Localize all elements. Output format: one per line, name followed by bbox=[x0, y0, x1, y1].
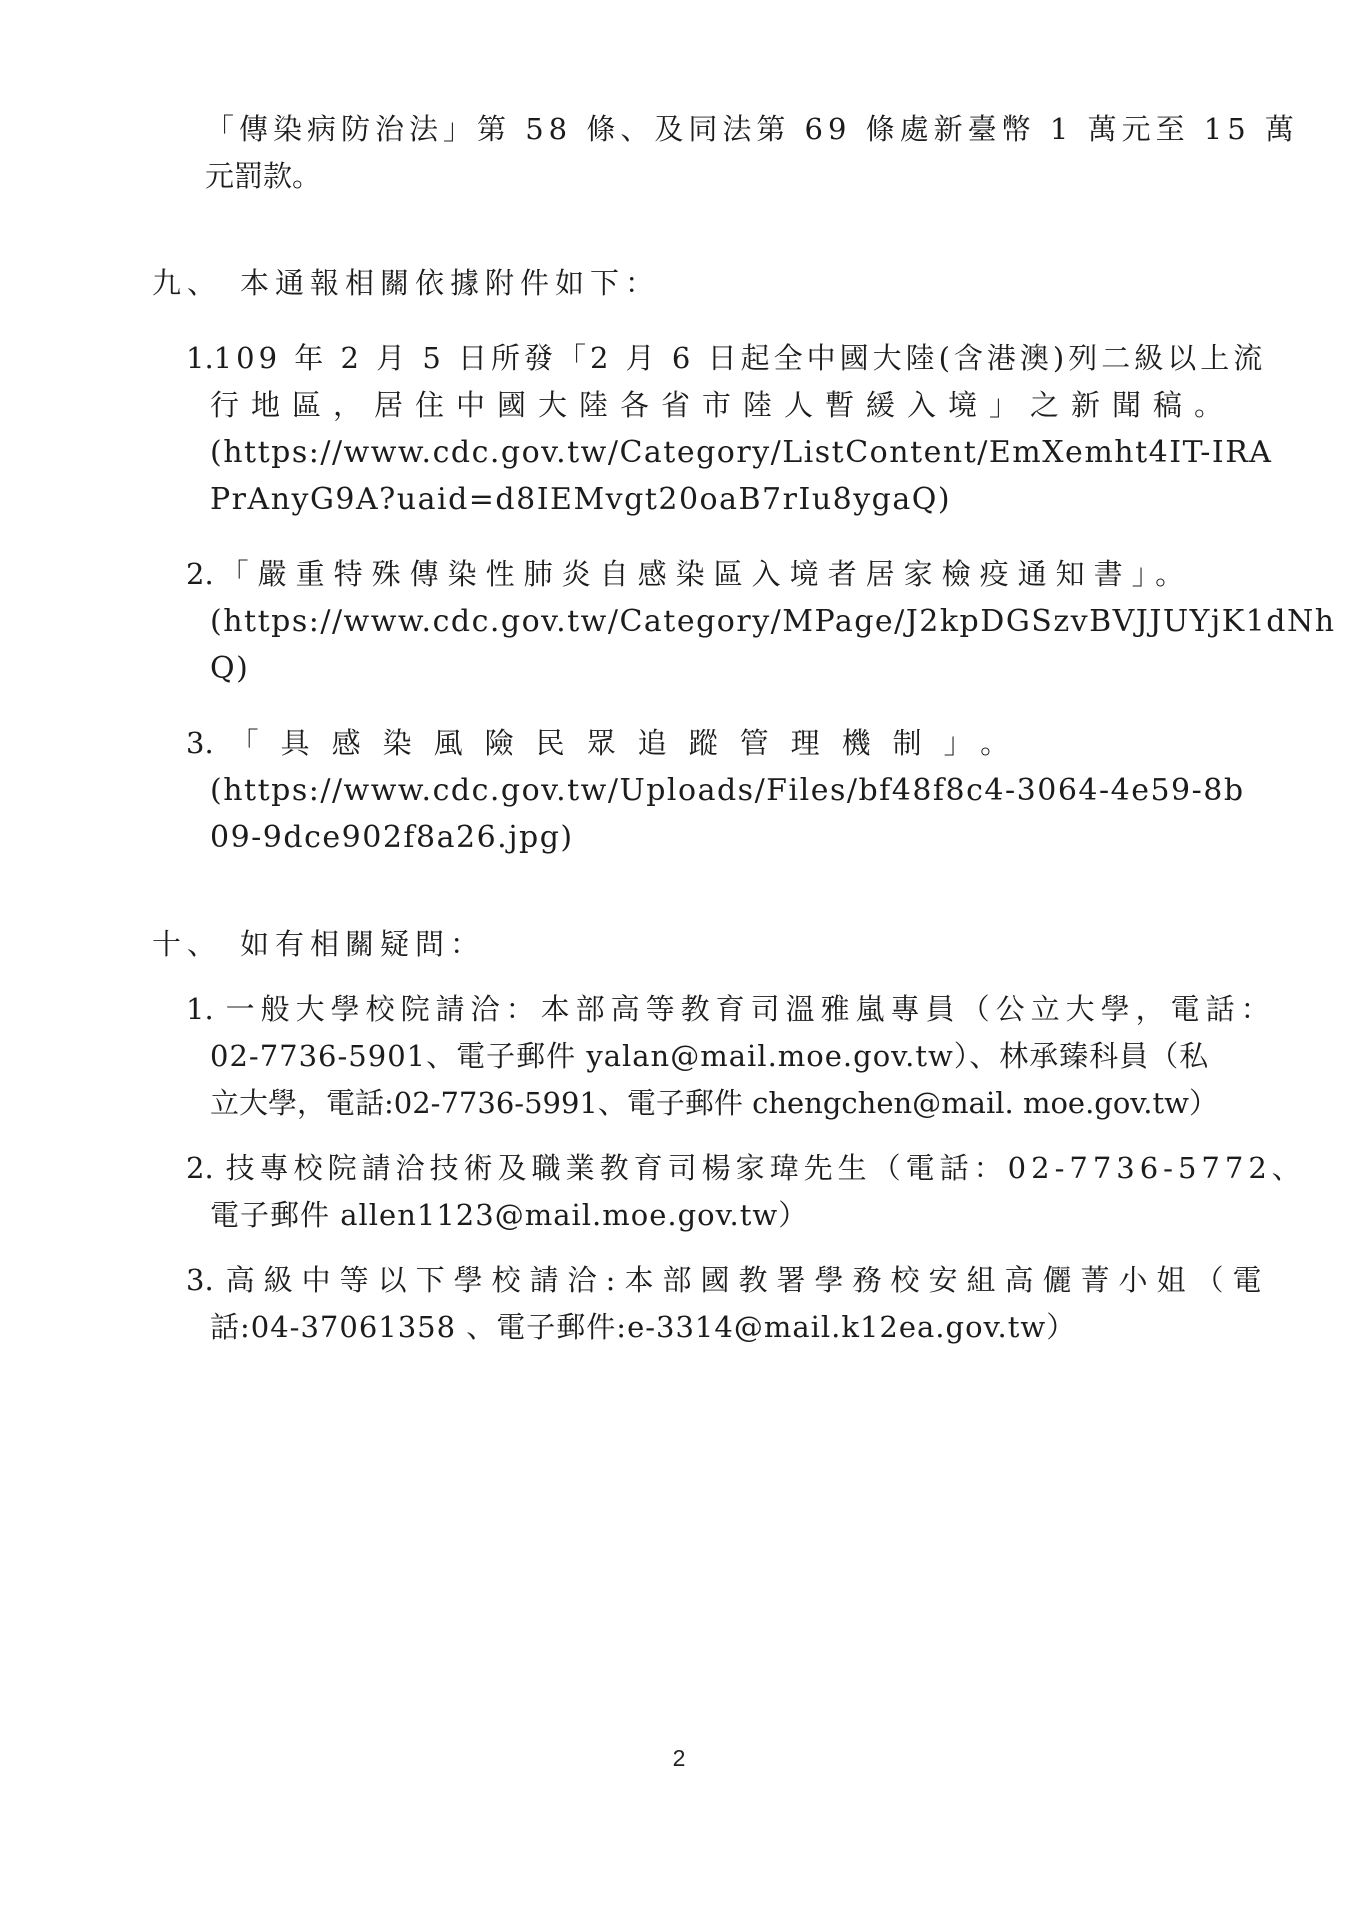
section-10-heading: 十、如有相關疑問： bbox=[0, 921, 1358, 968]
url-line: PrAnyG9A?uaid=d8IEMvgt20oaB7rIu8ygaQ) bbox=[0, 476, 1358, 523]
section-10: 十、如有相關疑問： 1.一般大學校院請洽：本部高等教育司溫雅嵐專員（公立大學，電… bbox=[0, 921, 1358, 1351]
list-item-contact-2: 2.技專校院請洽技術及職業教育司楊家瑋先生（電話：02-7736-5772、 電… bbox=[0, 1145, 1358, 1239]
section-9: 九、本通報相關依據附件如下： 1.109 年 2 月 5 日所發「2 月 6 日… bbox=[0, 260, 1358, 861]
item-number: 1. bbox=[186, 341, 214, 375]
paragraph-intro: 「傳染病防治法」第 58 條、及同法第 69 條處新臺幣 1 萬元至 15 萬 … bbox=[0, 106, 1358, 200]
section-label: 九、 bbox=[152, 266, 222, 300]
text-line: 元罰款。 bbox=[205, 153, 1358, 200]
text-line: 02-7736-5901、電子郵件 yalan@mail.moe.gov.tw）… bbox=[0, 1033, 1358, 1080]
text-line: 「傳染病防治法」第 58 條、及同法第 69 條處新臺幣 1 萬元至 15 萬 bbox=[205, 106, 1358, 153]
text-line: 立大學，電話:02-7736-5991、電子郵件 chengchen@mail.… bbox=[0, 1080, 1358, 1127]
text-line: 行地區，居住中國大陸各省市陸人暫緩入境」之新聞稿。 bbox=[0, 382, 1358, 429]
text-line: 2.「嚴重特殊傳染性肺炎自感染區入境者居家檢疫通知書」。 bbox=[0, 551, 1358, 598]
item-text: 高級中等以下學校請洽:本部國教署學務校安組高儷菁小姐（電 bbox=[226, 1263, 1271, 1297]
section-9-heading: 九、本通報相關依據附件如下： bbox=[0, 260, 1358, 307]
list-item-contact-3: 3.高級中等以下學校請洽:本部國教署學務校安組高儷菁小姐（電 話:04-3706… bbox=[0, 1257, 1358, 1351]
item-text: 技專校院請洽技術及職業教育司楊家瑋先生（電話：02-7736-5772、 bbox=[226, 1151, 1306, 1185]
text-line: 3.高級中等以下學校請洽:本部國教署學務校安組高儷菁小姐（電 bbox=[0, 1257, 1358, 1304]
item-text: 一般大學校院請洽：本部高等教育司溫雅嵐專員（公立大學，電話： bbox=[226, 992, 1276, 1026]
item-number: 1. bbox=[186, 992, 214, 1026]
url-line: Q) bbox=[0, 645, 1358, 692]
document-body: 「傳染病防治法」第 58 條、及同法第 69 條處新臺幣 1 萬元至 15 萬 … bbox=[0, 0, 1358, 1351]
text-line: 話:04-37061358 、電子郵件:e-3314@mail.k12ea.go… bbox=[0, 1304, 1358, 1351]
text-line: 1.一般大學校院請洽：本部高等教育司溫雅嵐專員（公立大學，電話： bbox=[0, 986, 1358, 1033]
item-text: 「具感染風險民眾追蹤管理機制」。 bbox=[230, 726, 1032, 760]
text-line: 1.109 年 2 月 5 日所發「2 月 6 日起全中國大陸(含港澳)列二級以… bbox=[0, 335, 1358, 382]
list-item-attachment-3: 3.「具感染風險民眾追蹤管理機制」。 (https://www.cdc.gov.… bbox=[0, 720, 1358, 861]
section-title: 如有相關疑問： bbox=[240, 927, 485, 961]
item-text: 109 年 2 月 5 日所發「2 月 6 日起全中國大陸(含港澳)列二級以上流 bbox=[214, 341, 1267, 375]
document-page: 「傳染病防治法」第 58 條、及同法第 69 條處新臺幣 1 萬元至 15 萬 … bbox=[0, 0, 1358, 1920]
url-line: (https://www.cdc.gov.tw/Category/MPage/J… bbox=[0, 598, 1358, 645]
text-line: 3.「具感染風險民眾追蹤管理機制」。 bbox=[0, 720, 1358, 767]
list-item-attachment-1: 1.109 年 2 月 5 日所發「2 月 6 日起全中國大陸(含港澳)列二級以… bbox=[0, 335, 1358, 523]
text-line: 電子郵件 allen1123@mail.moe.gov.tw） bbox=[0, 1192, 1358, 1239]
url-line: (https://www.cdc.gov.tw/Category/ListCon… bbox=[0, 429, 1358, 476]
url-line: 09-9dce902f8a26.jpg) bbox=[0, 814, 1358, 861]
page-number: 2 bbox=[0, 1745, 1358, 1772]
item-number: 2. bbox=[186, 557, 214, 591]
item-number: 3. bbox=[186, 1263, 214, 1297]
item-number: 3. bbox=[186, 726, 214, 760]
section-label: 十、 bbox=[152, 927, 222, 961]
text-line: 2.技專校院請洽技術及職業教育司楊家瑋先生（電話：02-7736-5772、 bbox=[0, 1145, 1358, 1192]
section-title: 本通報相關依據附件如下： bbox=[240, 266, 660, 300]
list-item-contact-1: 1.一般大學校院請洽：本部高等教育司溫雅嵐專員（公立大學，電話： 02-7736… bbox=[0, 986, 1358, 1127]
list-item-attachment-2: 2.「嚴重特殊傳染性肺炎自感染區入境者居家檢疫通知書」。 (https://ww… bbox=[0, 551, 1358, 692]
item-number: 2. bbox=[186, 1151, 214, 1185]
url-line: (https://www.cdc.gov.tw/Uploads/Files/bf… bbox=[0, 767, 1358, 814]
item-text: 「嚴重特殊傳染性肺炎自感染區入境者居家檢疫通知書」。 bbox=[220, 557, 1194, 591]
